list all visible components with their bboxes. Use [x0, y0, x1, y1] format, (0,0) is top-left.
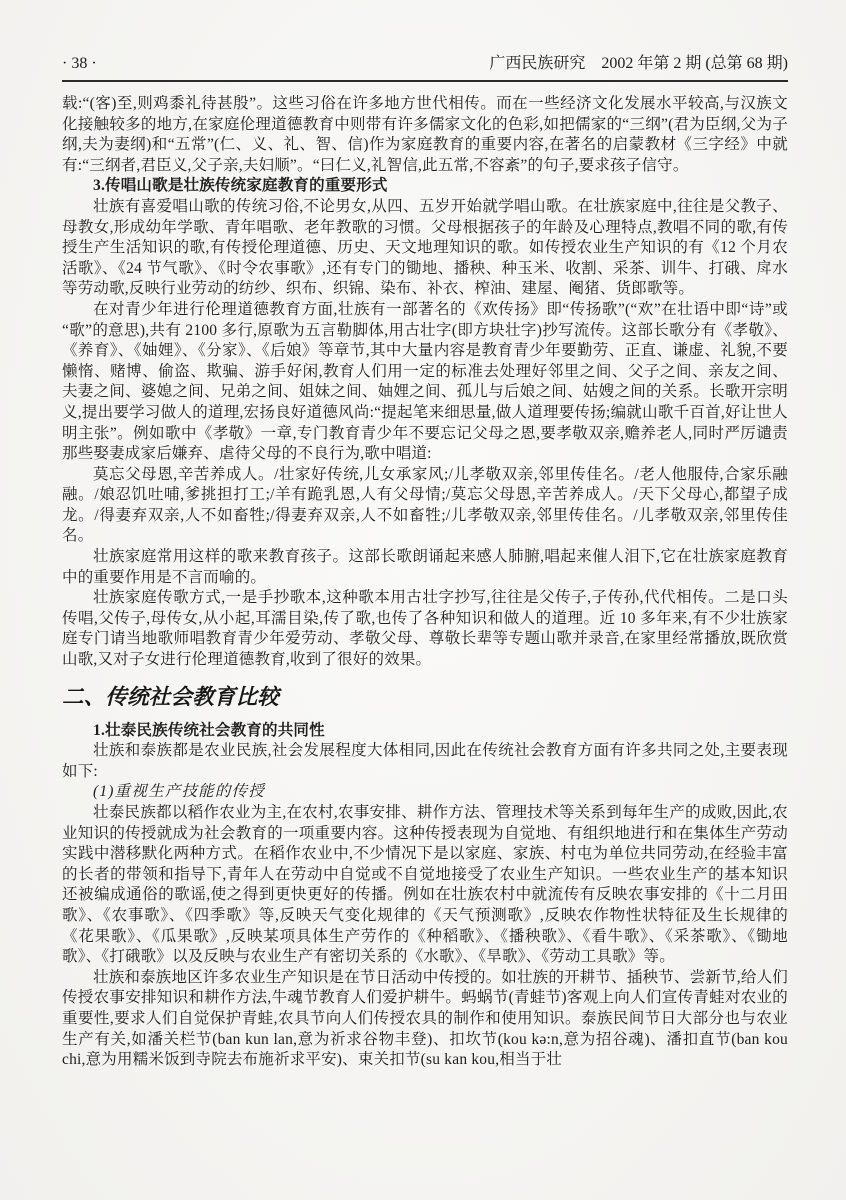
subheading-production-skills-transmission: (1)重视生产技能的传授	[62, 782, 788, 803]
journal-header-title: 广西民族研究 2002 年第 2 期 (总第 68 期)	[489, 50, 788, 73]
page-number: · 38 ·	[62, 55, 97, 73]
paragraph-festival-knowledge-transmission: 壮族和泰族地区许多农业生产知识是在节日活动中传授的。如壮族的开耕节、插秧节、尝新…	[62, 968, 788, 1071]
paragraph-song-education-effect: 壮族家庭常用这样的歌来教育孩子。这部长歌朗诵起来感人肺腑,唱起来催人泪下,它在壮…	[62, 547, 788, 588]
heading-zhuang-thai-commonality: 1.壮泰民族传统社会教育的共同性	[62, 721, 788, 742]
quote-filial-song-lyrics: 莫忘父母恩,辛苦养成人。/壮家好传统,儿女承家风;/儿孝敬双亲,邻里传佳名。/老…	[62, 465, 788, 547]
paragraph-song-learning-customs: 壮族有喜爱唱山歌的传统习俗,不论男女,从四、五岁开始就学唱山歌。在壮族家庭中,往…	[62, 197, 788, 300]
paragraph-huan-chuanyang-long-song: 在对青少年进行伦理道德教育方面,壮族有一部著名的《欢传扬》即“传扬歌”(“欢”在…	[62, 300, 788, 465]
page-header: · 38 · 广西民族研究 2002 年第 2 期 (总第 68 期)	[62, 50, 788, 73]
paragraph-confucian-family-education: 载:“(客)至,则鸡黍礼待甚殷”。这些习俗在许多地方世代相传。而在一些经济文化发…	[62, 94, 788, 176]
heading-mountain-songs-family-education: 3.传唱山歌是壮族传统家庭教育的重要形式	[62, 176, 788, 197]
paragraph-rice-farming-knowledge-songs: 壮泰民族都以稻作农业为主,在农村,农事安排、耕作方法、管理技术等关系到每年生产的…	[62, 803, 788, 968]
section-title-traditional-social-education: 二、传统社会教育比较	[62, 684, 788, 710]
header-rule	[62, 80, 788, 82]
article-body: 载:“(客)至,则鸡黍礼待甚殷”。这些习俗在许多地方世代相传。而在一些经济文化发…	[62, 94, 788, 1071]
scanned-journal-page: · 38 · 广西民族研究 2002 年第 2 期 (总第 68 期) 载:“(…	[0, 0, 846, 1200]
paragraph-agricultural-peoples-intro: 壮族和泰族都是农业民族,社会发展程度大体相同,因此在传统社会教育方面有许多共同之…	[62, 741, 788, 782]
paragraph-song-transmission-methods: 壮族家庭传歌方式,一是手抄歌本,这种歌本用古壮字抄写,往往是父传子,子传孙,代代…	[62, 588, 788, 670]
